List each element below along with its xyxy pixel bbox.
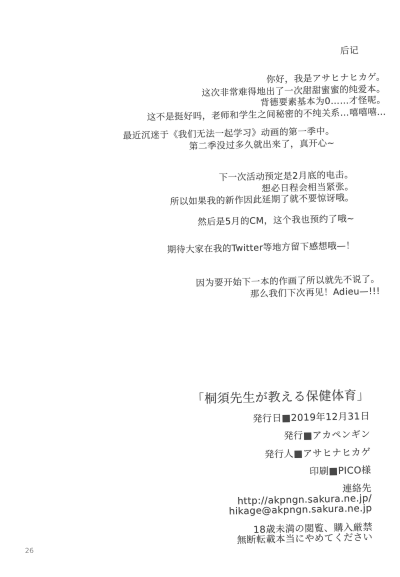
- author-line: 発行人■アサヒナヒカゲ: [265, 448, 371, 460]
- anime-paragraph: 最近沉迷于《我们无法一起学习》动画的第一季中。 第二季没过多久就出来了，真开心~: [123, 127, 335, 155]
- twitter-paragraph: 期待大家在我的Twitter等地方留下感想哦—！: [167, 241, 355, 257]
- warnings-block: 18歳未満の閲覧、購入厳禁 無断転載本当にやめてください: [237, 523, 373, 545]
- scanned-page-content: 后记 你好，我是アサヒナヒカゲ。 这次非常难得地出了一次甜甜蜜蜜的纯爱本。 背德…: [0, 0, 400, 577]
- event-schedule-paragraph: 下一次活动预定是2月底的电击。 想必日程会相当紧张。 所以如果我的新作因此延期了…: [169, 170, 354, 229]
- may-event-line: 然后是5月的CM，这个我也预约了哦~: [170, 214, 354, 230]
- afterword-heading: 后记: [340, 46, 359, 57]
- colophon: 「桐須先生が教える保健体育」 発行日■2019年12月31日 発行■アカペンギン…: [192, 387, 373, 546]
- twitter-feedback-line: 期待大家在我的Twitter等地方留下感想哦—！: [167, 241, 355, 257]
- publisher-circle-line: 発行■アカペンギン: [284, 430, 371, 442]
- no-repost-warning: 無断転載本当にやめてください: [237, 533, 373, 546]
- email-address: hikage@akpngn.sakura.ne.jp: [229, 504, 372, 517]
- printer-line: 印刷■PICO様: [309, 466, 371, 477]
- page-number: 26: [25, 547, 34, 555]
- publication-date-line: 発行日■2019年12月31日: [253, 412, 371, 425]
- doujinshi-afterword-page: 后记 你好，我是アサヒナヒカゲ。 这次非常难得地出了一次甜甜蜜蜜的纯爱本。 背德…: [0, 0, 400, 577]
- closing-paragraph: 因为要开始下一本的作画了所以就先不说了。 那么我们下次再见！Adieu—!!!: [196, 275, 380, 302]
- book-title: 「桐須先生が教える保健体育」: [192, 387, 370, 407]
- intro-paragraph: 你好，我是アサヒナヒカゲ。 这次非常难得地出了一次甜甜蜜蜜的纯爱本。 背德要素基…: [146, 73, 386, 124]
